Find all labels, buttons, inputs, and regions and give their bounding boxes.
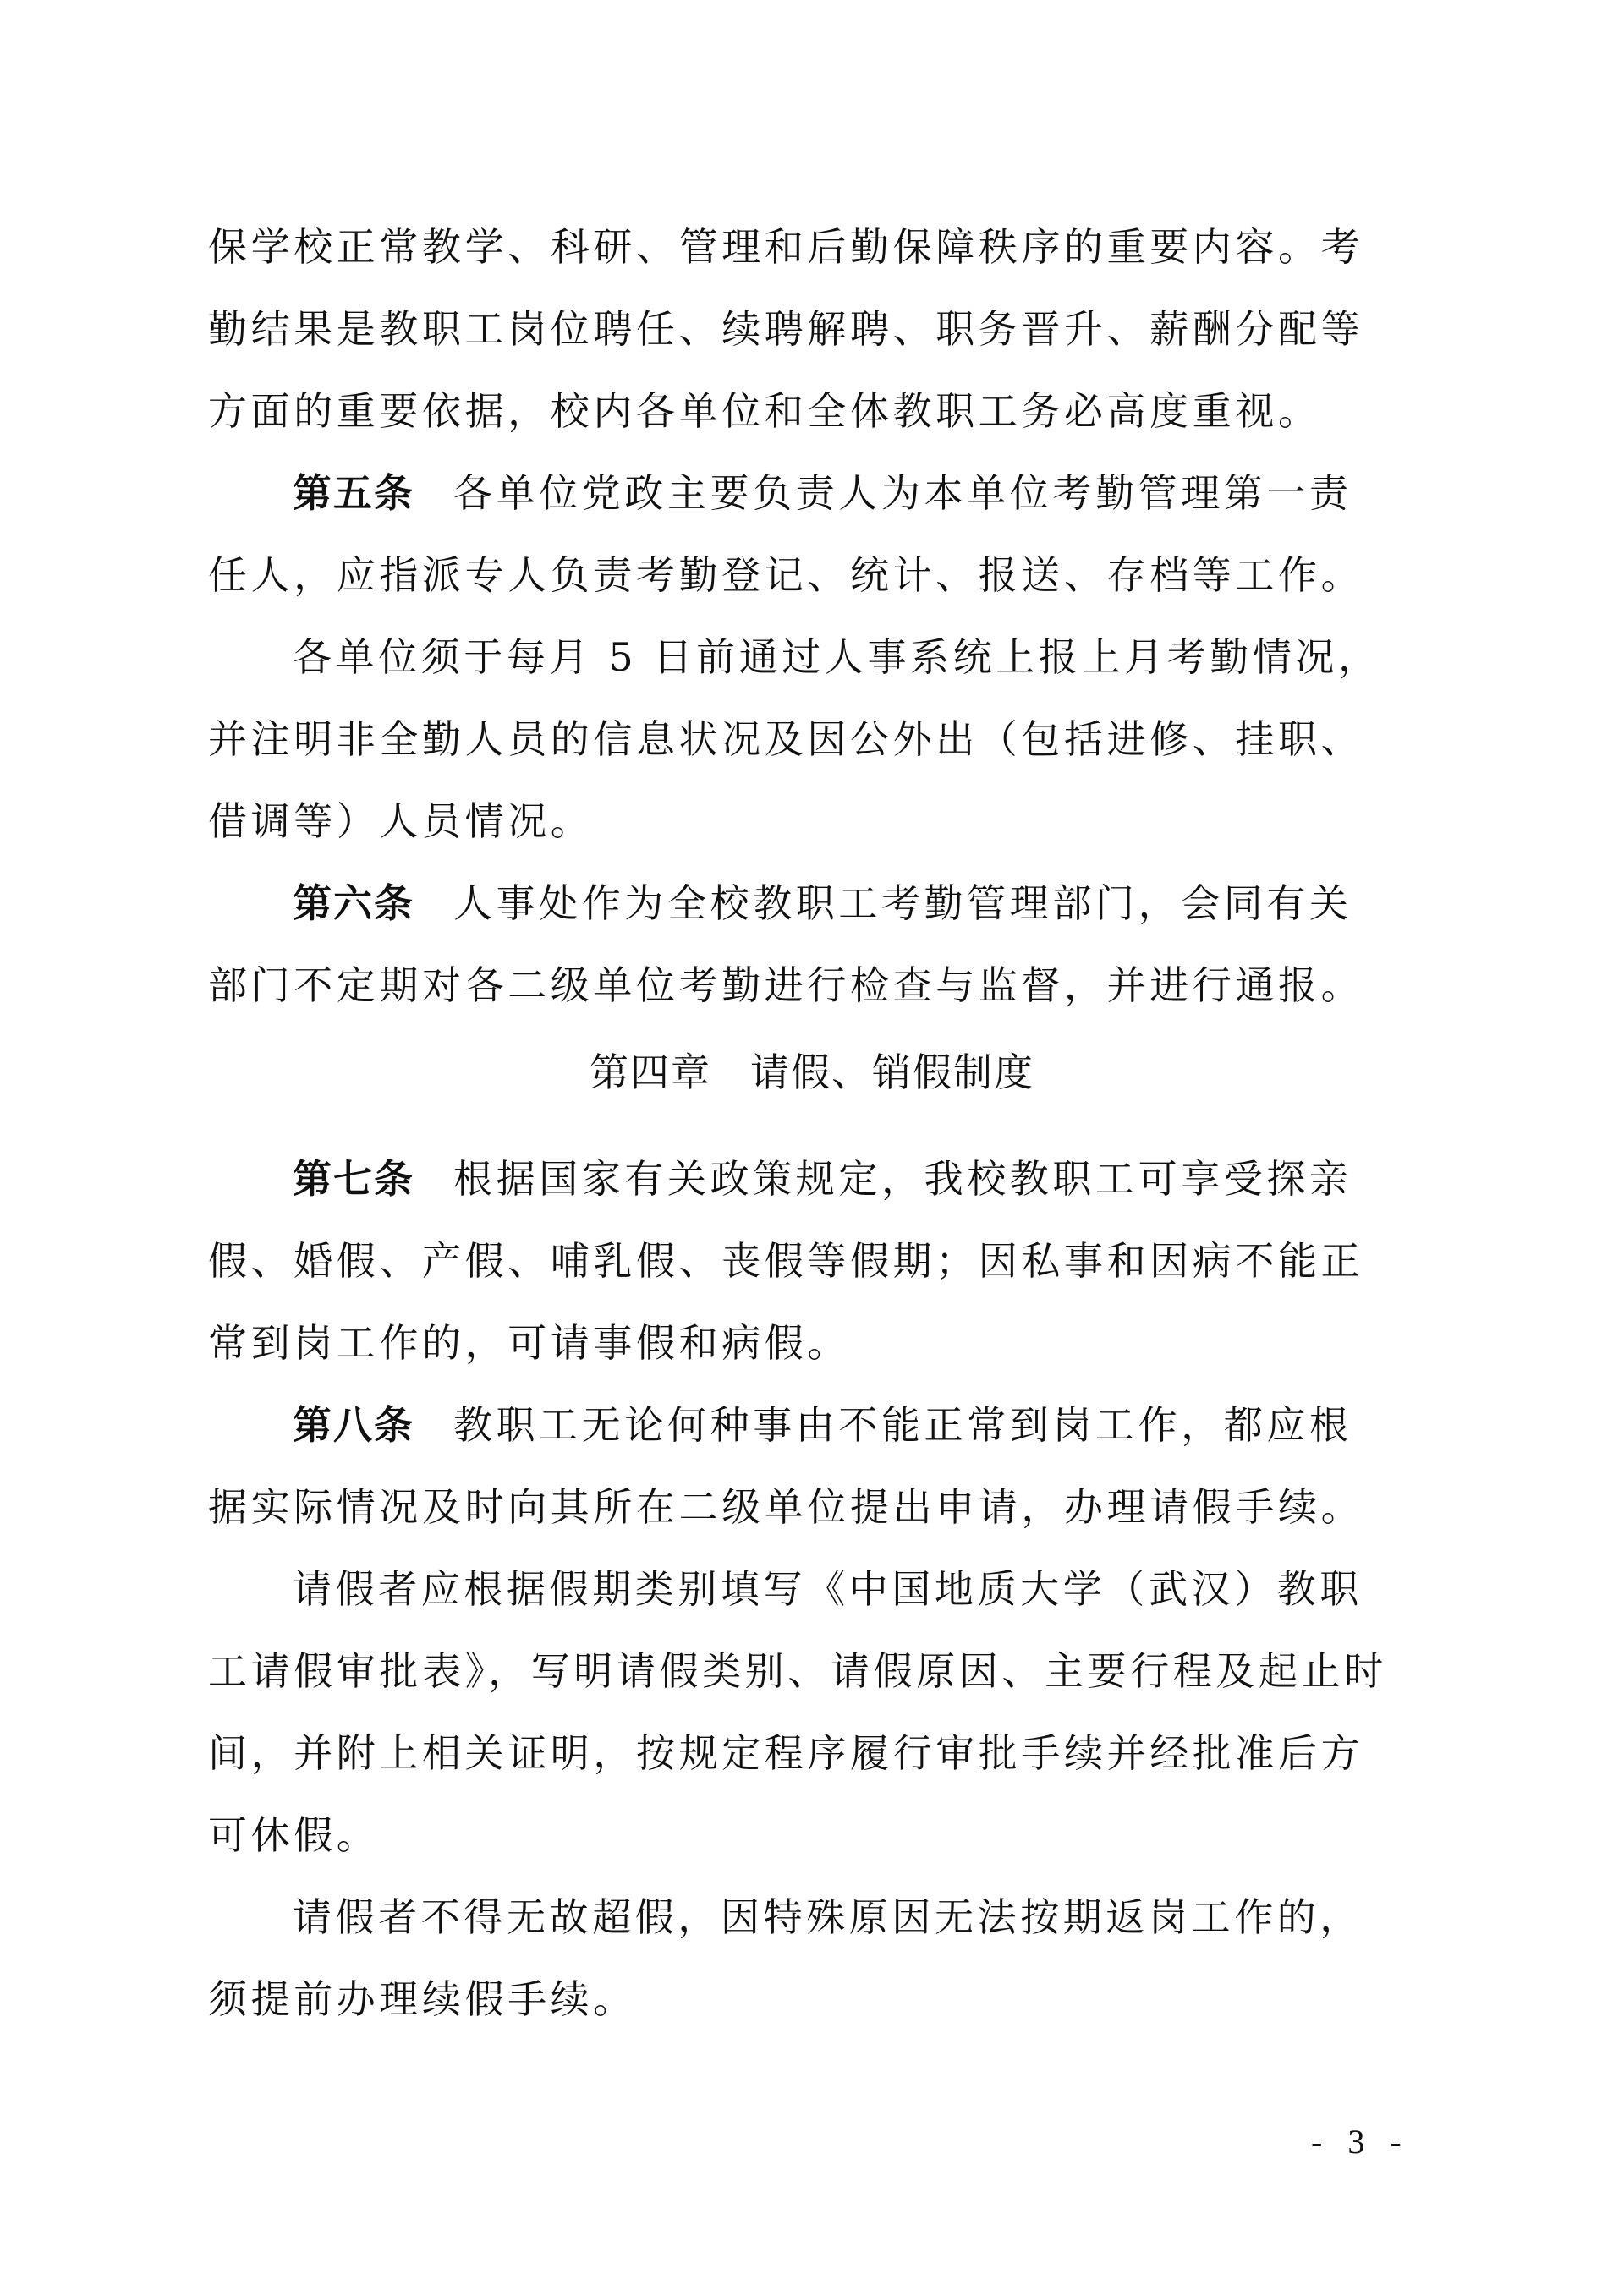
paragraph-line: 常到岗工作的，可请事假和病假。 — [208, 1318, 1431, 1368]
chapter-heading: 第四章请假、销假制度 — [0, 1047, 1624, 1098]
paragraph-line: 请假者应根据假期类别填写《中国地质大学（武汉）教职 — [293, 1564, 1431, 1614]
paragraph-line: 工请假审批表》，写明请假类别、请假原因、主要行程及起止时 — [208, 1646, 1431, 1696]
article-7: 第七条根据国家有关政策规定，我校教职工可享受探亲 — [293, 1153, 1431, 1204]
article-text: 各单位党政主要负责人为本单位考勤管理第一责 — [453, 470, 1352, 516]
article-5: 第五条各单位党政主要负责人为本单位考勤管理第一责 — [293, 468, 1431, 518]
paragraph-line: 借调等）人员情况。 — [208, 796, 1431, 847]
chapter-number: 第四章 — [590, 1049, 711, 1095]
paragraph-line: 可休假。 — [208, 1810, 1431, 1860]
paragraph-line: 各单位须于每月 5 日前通过人事系统上报上月考勤情况， — [293, 632, 1431, 682]
paragraph-line: 假、婚假、产假、哺乳假、丧假等假期；因私事和因病不能正 — [208, 1236, 1431, 1286]
paragraph-line: 保学校正常教学、科研、管理和后勤保障秩序的重要内容。考 — [208, 222, 1431, 272]
article-label: 第八条 — [293, 1402, 414, 1448]
paragraph-line: 间，并附上相关证明，按规定程序履行审批手续并经批准后方 — [208, 1728, 1431, 1778]
paragraph-line: 方面的重要依据，校内各单位和全体教职工务必高度重视。 — [208, 386, 1431, 436]
paragraph-line: 须提前办理续假手续。 — [208, 1974, 1431, 2025]
paragraph-line: 任人，应指派专人负责考勤登记、统计、报送、存档等工作。 — [208, 550, 1431, 600]
article-text: 人事处作为全校教职工考勤管理部门，会同有关 — [453, 880, 1352, 926]
article-text: 教职工无论何种事由不能正常到岗工作，都应根 — [453, 1402, 1352, 1448]
paragraph-line: 请假者不得无故超假，因特殊原因无法按期返岗工作的， — [293, 1892, 1431, 1943]
article-label: 第五条 — [293, 470, 414, 516]
article-text: 根据国家有关政策规定，我校教职工可享受探亲 — [453, 1156, 1352, 1202]
paragraph-line: 勤结果是教职工岗位聘任、续聘解聘、职务晋升、薪酬分配等 — [208, 304, 1431, 354]
article-label: 第六条 — [293, 880, 414, 926]
page-number: - 3 - — [1311, 2121, 1410, 2163]
article-6: 第六条人事处作为全校教职工考勤管理部门，会同有关 — [293, 878, 1431, 929]
article-8: 第八条教职工无论何种事由不能正常到岗工作，都应根 — [293, 1400, 1431, 1450]
paragraph-line: 部门不定期对各二级单位考勤进行检查与监督，并进行通报。 — [208, 960, 1431, 1011]
paragraph-line: 据实际情况及时向其所在二级单位提出申请，办理请假手续。 — [208, 1482, 1431, 1532]
paragraph-line: 并注明非全勤人员的信息状况及因公外出（包括进修、挂职、 — [208, 714, 1431, 764]
chapter-title: 请假、销假制度 — [750, 1049, 1034, 1095]
article-label: 第七条 — [293, 1156, 414, 1202]
document-page: 保学校正常教学、科研、管理和后勤保障秩序的重要内容。考 勤结果是教职工岗位聘任、… — [0, 0, 1624, 2296]
